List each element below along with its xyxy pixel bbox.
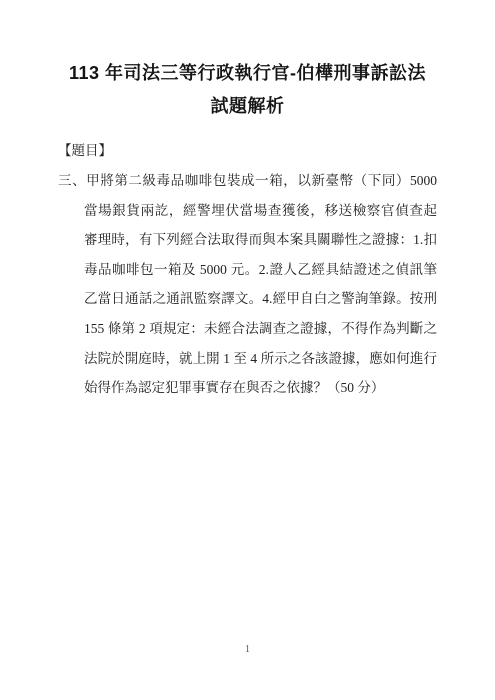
document-title: 113 年司法三等行政執行官-伯樺刑事訴訟法	[0, 58, 495, 88]
question-line: 三、甲將第二級毒品咖啡包裝成一箱，以新臺幣（下同）5000 元販賣給乙，	[58, 166, 437, 196]
page-number: 1	[0, 643, 495, 657]
question-line: 毒品咖啡包一箱及 5000 元。2.證人乙經具結證述之偵訊筆錄。3.甲與	[84, 255, 437, 285]
question-line: 審理時，有下列經合法取得而與本案具關聯性之證據：1.扣案之第二級	[84, 225, 437, 255]
question-line: 乙當日通話之通訊監察譯文。4.經甲自白之警詢筆錄。按刑事訴訟法第	[84, 284, 437, 314]
document-page: 113 年司法三等行政執行官-伯樺刑事訴訟法 試題解析 【題目】 三、甲將第二級…	[0, 0, 495, 700]
document-subtitle: 試題解析	[0, 91, 495, 121]
question-paragraph: 三、甲將第二級毒品咖啡包裝成一箱，以新臺幣（下同）5000 元販賣給乙， 當場銀…	[58, 166, 437, 403]
question-line: 155 條第 2 項規定：未經合法調查之證據，不得作為判斷之依據。請問	[84, 314, 437, 344]
section-label-question: 【題目】	[58, 142, 112, 160]
question-line: 始得作為認定犯罪事實存在與否之依據？（50 分）	[84, 373, 437, 403]
question-line: 法院於開庭時，就上開 1 至 4 所示之各該證據，應如何進行合法之調查，	[84, 344, 437, 374]
question-line: 當場銀貨兩訖，經警埋伏當場查獲後，移送檢察官偵查起訴。嗣法院於	[84, 196, 437, 226]
